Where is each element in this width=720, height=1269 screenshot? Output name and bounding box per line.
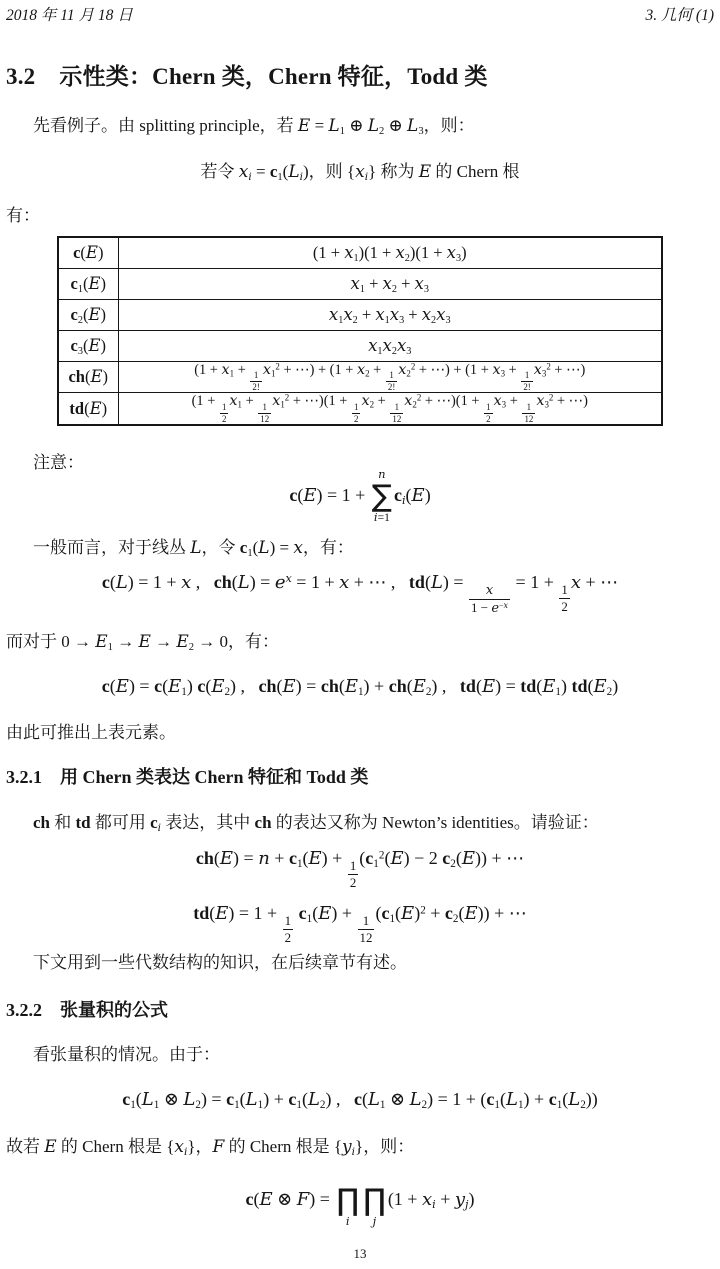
formula-chern-roots-def: 若令 xi = c1(Li)，则 {xi} 称为 E 的 Chern 根 xyxy=(6,160,714,185)
paragraph-exact-seq: 而对于 0 → E1 → E → E2 → 0，有： xyxy=(6,630,714,655)
header-section-ref: 3. 几何 (1) xyxy=(646,3,714,25)
paragraph-general: 一般而言，对于线丛 L，令 c1(L) = x，有： xyxy=(6,536,714,561)
row-label: c(E) xyxy=(58,237,118,268)
table-row: c(E) (1 + x1)(1 + x2)(1 + x3) xyxy=(58,237,662,268)
formula-tensor-line: c1(L1 ⊗ L2) = c1(L1) + c1(L2) , c(L1 ⊗ L… xyxy=(6,1089,714,1110)
formula-total-chern: c(E) = 1 + n∑i=1ci(E) xyxy=(6,469,714,525)
table-row: c1(E) x1 + x2 + x3 xyxy=(58,268,662,299)
table-row: td(E) (1 + 12x1 + 112x12 + ⋯)(1 + 12x2 +… xyxy=(58,393,662,425)
row-value: (1 + x1)(1 + x2)(1 + x3) xyxy=(118,237,662,268)
row-label: td(E) xyxy=(58,393,118,425)
subsection-title: 用 Chern 类表达 Chern 特征和 Todd 类 xyxy=(60,767,368,787)
formula-ch-newton: ch(E) = n + c1(E) + 12(c12(E) − 2 c2(E))… xyxy=(6,848,714,890)
paragraph-deduce: 由此可推出上表元素。 xyxy=(6,721,714,746)
paragraph-ch-td: ch 和 td 都可用 ci 表达，其中 ch 的表达又称为 Newton’s … xyxy=(6,811,714,836)
page-number: 13 xyxy=(6,1246,714,1262)
table-row: ch(E) (1 + x1 + 12!x12 + ⋯) + (1 + x2 + … xyxy=(58,361,662,393)
row-value: x1 + x2 + x3 xyxy=(118,268,662,299)
formula-line-bundle: c(L) = 1 + x , ch(L) = ex = 1 + x + ⋯ , … xyxy=(6,572,714,616)
section-heading: 3.2示性类：Chern 类，Chern 特征，Todd 类 xyxy=(6,58,714,91)
paragraph-intro: 先看例子。由 splitting principle，若 E = L1 ⊕ L2… xyxy=(6,114,714,139)
section-title: 示性类：Chern 类，Chern 特征，Todd 类 xyxy=(59,64,487,89)
table-row: c2(E) x1x2 + x1x3 + x2x3 xyxy=(58,299,662,330)
header-date: 2018 年 11 月 18 日 xyxy=(6,3,133,25)
row-value: (1 + 12x1 + 112x12 + ⋯)(1 + 12x2 + 112x2… xyxy=(118,393,662,425)
subsection-title: 张量积的公式 xyxy=(60,1000,168,1020)
table-row: c3(E) x1x2x3 xyxy=(58,330,662,361)
row-value: x1x2x3 xyxy=(118,330,662,361)
row-label: c1(E) xyxy=(58,268,118,299)
row-label: c2(E) xyxy=(58,299,118,330)
subsection-heading-322: 3.2.2张量积的公式 xyxy=(6,996,714,1022)
paragraph-chern-roots: 故若 E 的 Chern 根是 {xi}，F 的 Chern 根是 {yi}，则… xyxy=(6,1135,714,1160)
paragraph-following: 下文用到一些代数结构的知识，在后续章节有述。 xyxy=(6,951,714,976)
formula-td-expansion: td(E) = 1 + 12 c1(E) + 112(c1(E)2 + c2(E… xyxy=(6,903,714,945)
row-label: c3(E) xyxy=(58,330,118,361)
formula-whitney: c(E) = c(E1) c(E2) , ch(E) = ch(E1) + ch… xyxy=(6,676,714,697)
row-value: x1x2 + x1x3 + x2x3 xyxy=(118,299,662,330)
document-page: 2018 年 11 月 18 日 3. 几何 (1) 3.2示性类：Chern … xyxy=(0,0,720,1269)
subsection-number: 3.2.2 xyxy=(6,1000,42,1020)
paragraph-have: 有： xyxy=(6,204,714,229)
section-number: 3.2 xyxy=(6,64,35,89)
row-value: (1 + x1 + 12!x12 + ⋯) + (1 + x2 + 12!x22… xyxy=(118,361,662,393)
chern-table: c(E) (1 + x1)(1 + x2)(1 + x3) c1(E) x1 +… xyxy=(57,236,663,426)
row-label: ch(E) xyxy=(58,361,118,393)
subsection-number: 3.2.1 xyxy=(6,767,42,787)
formula-tensor-product: c(E ⊗ F) = ∏i∏j(1 + xi + yj) xyxy=(6,1173,714,1229)
subsection-heading-321: 3.2.1用 Chern 类表达 Chern 特征和 Todd 类 xyxy=(6,763,714,789)
page-header: 2018 年 11 月 18 日 3. 几何 (1) xyxy=(6,3,714,25)
paragraph-tensor-intro: 看张量积的情况。由于： xyxy=(6,1043,714,1068)
